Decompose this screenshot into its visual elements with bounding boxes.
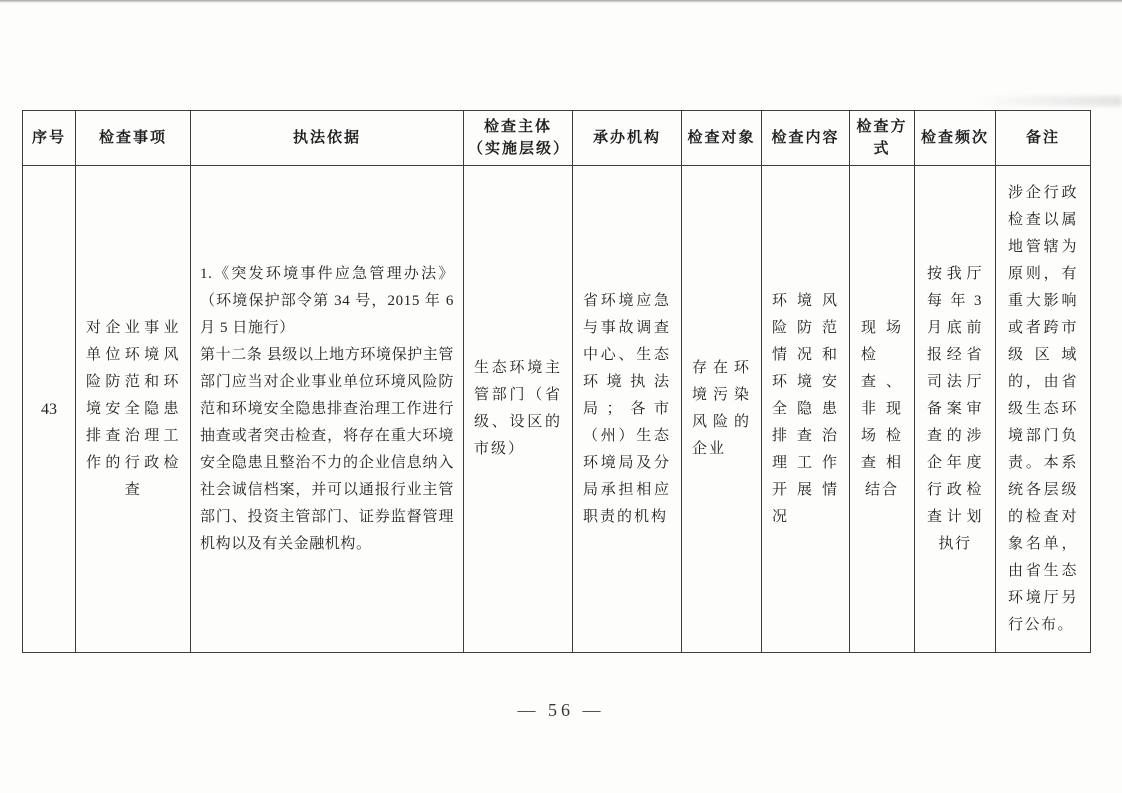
cell-inspection-subject: 生态环境主管部门（省级、设区的市级） xyxy=(464,166,573,653)
inspection-items-table: 序号 检查事项 执法依据 检查主体（实施层级） 承办机构 检查对象 检查内容 检… xyxy=(22,110,1091,653)
cell-remarks: 涉企行政检查以属地管辖为原则，有重大影响或者跨市级区域的，由省级生态环境部门负责… xyxy=(996,166,1091,653)
header-inspection-subject: 检查主体（实施层级） xyxy=(464,111,573,166)
page-number: — 56 — xyxy=(0,700,1122,721)
header-handling-agency: 承办机构 xyxy=(573,111,682,166)
header-inspection-content: 检查内容 xyxy=(762,111,850,166)
table-row: 43 对企业事业单位环境风险防范和环境安全隐患排查治理工作的行政检查 1.《突发… xyxy=(23,166,1091,653)
cell-inspection-method: 现场检查、非现场检查相结合 xyxy=(850,166,915,653)
cell-inspection-item: 对企业事业单位环境风险防范和环境安全隐患排查治理工作的行政检查 xyxy=(76,166,191,653)
cell-inspection-target: 存在环境污染风险的企业 xyxy=(682,166,762,653)
scanned-document-page: 序号 检查事项 执法依据 检查主体（实施层级） 承办机构 检查对象 检查内容 检… xyxy=(0,0,1122,793)
header-inspection-target: 检查对象 xyxy=(682,111,762,166)
cell-inspection-frequency: 按我厅每年3月底前报经省司法厅备案审查的涉企年度行政检查计划执行 xyxy=(915,166,996,653)
cell-seq: 43 xyxy=(23,166,76,653)
cell-inspection-content: 环境风险防范情况和环境安全隐患排查治理工作开展情况 xyxy=(762,166,850,653)
scan-artifact-top-edge xyxy=(0,0,1122,3)
cell-handling-agency: 省环境应急与事故调查中心、生态环境执法局；各市（州）生态环境局及分局承担相应职责… xyxy=(573,166,682,653)
header-legal-basis: 执法依据 xyxy=(191,111,464,166)
table-header-row: 序号 检查事项 执法依据 检查主体（实施层级） 承办机构 检查对象 检查内容 检… xyxy=(23,111,1091,166)
header-seq: 序号 xyxy=(23,111,76,166)
scan-artifact-smudge xyxy=(972,96,1122,106)
legal-basis-paragraph-1: 1.《突发环境事件应急管理办法》（环境保护部令第 34 号，2015 年 6 月… xyxy=(200,261,454,342)
cell-legal-basis: 1.《突发环境事件应急管理办法》（环境保护部令第 34 号，2015 年 6 月… xyxy=(191,166,464,653)
header-inspection-method: 检查方式 xyxy=(850,111,915,166)
header-inspection-item: 检查事项 xyxy=(76,111,191,166)
header-remarks: 备注 xyxy=(996,111,1091,166)
header-inspection-frequency: 检查频次 xyxy=(915,111,996,166)
legal-basis-paragraph-2: 第十二条 县级以上地方环境保护主管部门应当对企业事业单位环境风险防范和环境安全隐… xyxy=(200,342,454,558)
